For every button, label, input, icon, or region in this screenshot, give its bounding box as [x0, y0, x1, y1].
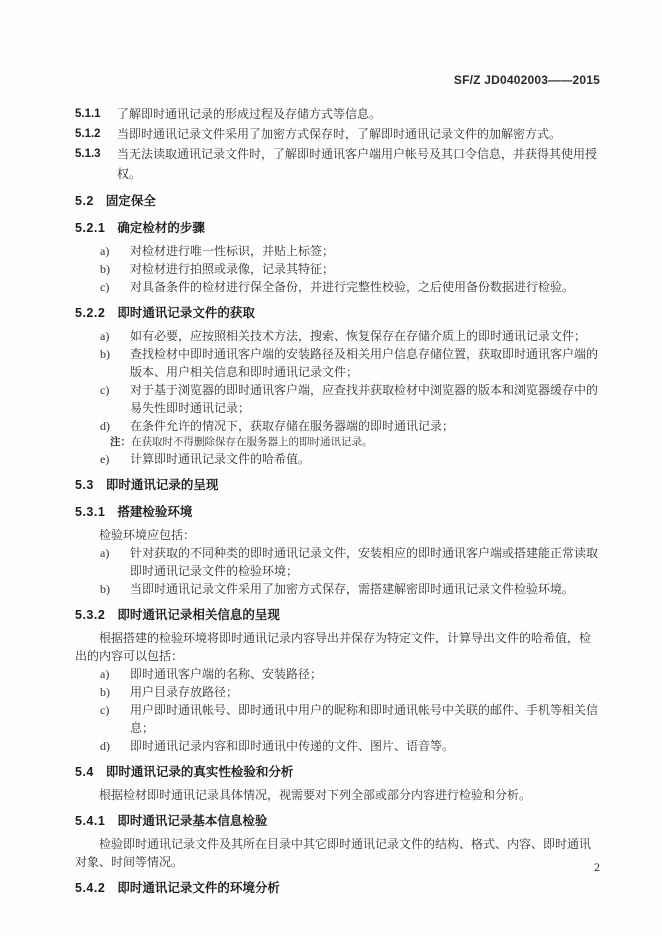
heading-number: 5.4.2: [75, 881, 105, 895]
clause-number: 5.1.2: [75, 124, 117, 144]
document-page: SF/Z JD0402003——2015 5.1.1了解即时通讯记录的形成过程及…: [0, 0, 662, 936]
note-label: 注：: [110, 436, 131, 448]
clause-text: 当即时通讯记录文件采用了加密方式保存时，了解即时通讯记录文件的加解密方式。: [117, 124, 600, 144]
list-item: a)如有必要，应按照相关技术方法，搜索、恢复保存在存储介质上的即时通讯记录文件；: [100, 327, 600, 345]
heading-number: 5.3.2: [75, 608, 105, 622]
heading-number: 5.2: [75, 194, 94, 208]
list-item-marker: a): [100, 665, 130, 683]
list-item-text: 在条件允许的情况下，获取存储在服务器端的即时通讯记录；: [130, 417, 600, 435]
heading-number: 5.2.2: [75, 306, 105, 320]
list-item: b)当即时通讯记录文件采用了加密方式保存，需搭建解密即时通讯记录文件检验环境。: [100, 580, 600, 598]
section-heading: 5.2固定保全: [75, 191, 600, 211]
list-item-marker: d): [100, 417, 130, 435]
heading-number: 5.2.1: [75, 221, 105, 235]
list-item-marker: c): [100, 278, 130, 296]
paragraph-text: 检验环境应包括：: [99, 528, 195, 542]
list-item-text: 用户即时通讯帐号、即时通讯中用户的昵称和即时通讯帐号中关联的邮件、手机等相关信息…: [130, 701, 600, 737]
document-header: SF/Z JD0402003——2015: [454, 73, 600, 87]
clause: 5.1.1了解即时通讯记录的形成过程及存储方式等信息。: [75, 104, 600, 124]
list-item-text: 计算即时通讯记录文件的哈希值。: [130, 450, 600, 468]
section-heading: 5.2.2即时通讯记录文件的获取: [75, 303, 600, 323]
heading-text: 即时通讯记录的呈现: [106, 478, 219, 492]
list-item: c)对具备条件的检材进行保全备份，并进行完整性校验，之后使用备份数据进行检验。: [100, 278, 600, 296]
section-heading: 5.4.2即时通讯记录文件的环境分析: [75, 878, 600, 898]
list-item-marker: a): [100, 544, 130, 580]
list-item-marker: a): [100, 327, 130, 345]
heading-text: 即时通讯记录相关信息的呈现: [117, 608, 280, 622]
list-item-text: 查找检材中即时通讯客户端的安装路径及相关用户信息存储位置，获取即时通讯客户端的版…: [130, 345, 600, 381]
list-item: a)即时通讯客户端的名称、安装路径；: [100, 665, 600, 683]
list-item-text: 用户目录存放路径；: [130, 683, 600, 701]
list-item-marker: a): [100, 242, 130, 260]
paragraph: 根据搭建的检验环境将即时通讯记录内容导出并保存为特定文件，计算导出文件的哈希值，…: [75, 629, 600, 665]
list-item-marker: c): [100, 381, 130, 417]
paragraph-text: 检验即时通讯记录文件及其所在目录中其它即时通讯记录文件的结构、格式、内容、即时通…: [75, 837, 591, 869]
list-item-marker: b): [100, 580, 130, 598]
section-heading: 5.3即时通讯记录的呈现: [75, 475, 600, 495]
list-item: a)针对获取的不同种类的即时通讯记录文件，安装相应的即时通讯客户端或搭建能正常读…: [100, 544, 600, 580]
list-item: b)用户目录存放路径；: [100, 683, 600, 701]
list-item-marker: b): [100, 683, 130, 701]
heading-text: 即时通讯记录文件的环境分析: [117, 881, 280, 895]
section-heading: 5.3.1搭建检验环境: [75, 502, 600, 522]
list-item-marker: b): [100, 345, 130, 381]
list-item-text: 对检材进行拍照或录像，记录其特征；: [130, 260, 600, 278]
clause-number: 5.1.3: [75, 144, 117, 184]
note: 注：在获取时不得删除保存在服务器上的即时通讯记录。: [110, 435, 600, 450]
list-item-text: 针对获取的不同种类的即时通讯记录文件，安装相应的即时通讯客户端或搭建能正常读取即…: [130, 544, 600, 580]
doc-code: SF/Z JD0402003——2015: [454, 73, 600, 87]
paragraph: 检验环境应包括：: [75, 526, 600, 544]
list-item-marker: d): [100, 737, 130, 755]
list-item: c)用户即时通讯帐号、即时通讯中用户的昵称和即时通讯帐号中关联的邮件、手机等相关…: [100, 701, 600, 737]
list-item-text: 如有必要，应按照相关技术方法，搜索、恢复保存在存储介质上的即时通讯记录文件；: [130, 327, 600, 345]
heading-number: 5.3.1: [75, 505, 105, 519]
section-heading: 5.4即时通讯记录的真实性检验和分析: [75, 762, 600, 782]
paragraph-text: 根据检材即时通讯记录具体情况，视需要对下列全部或部分内容进行检验和分析。: [99, 788, 531, 802]
heading-text: 固定保全: [106, 194, 156, 208]
clause-text: 当无法读取通讯记录文件时，了解即时通讯客户端用户帐号及其口令信息，并获得其使用授…: [117, 144, 600, 184]
list-item-text: 即时通讯记录内容和即时通讯中传递的文件、图片、语音等。: [130, 737, 600, 755]
list-item-text: 对检材进行唯一性标识，并贴上标签；: [130, 242, 600, 260]
list-item-text: 对于基于浏览器的即时通讯客户端，应查找并获取检材中浏览器的版本和浏览器缓存中的易…: [130, 381, 600, 417]
list-item: b)查找检材中即时通讯客户端的安装路径及相关用户信息存储位置，获取即时通讯客户端…: [100, 345, 600, 381]
note-text: 在获取时不得删除保存在服务器上的即时通讯记录。: [131, 437, 373, 448]
list-item: c)对于基于浏览器的即时通讯客户端，应查找并获取检材中浏览器的版本和浏览器缓存中…: [100, 381, 600, 417]
list-item-marker: b): [100, 260, 130, 278]
list-item: e)计算即时通讯记录文件的哈希值。: [100, 450, 600, 468]
list-item-text: 即时通讯客户端的名称、安装路径；: [130, 665, 600, 683]
clause: 5.1.3当无法读取通讯记录文件时，了解即时通讯客户端用户帐号及其口令信息，并获…: [75, 144, 600, 184]
list-item: d)在条件允许的情况下，获取存储在服务器端的即时通讯记录；: [100, 417, 600, 435]
document-body: 5.1.1了解即时通讯记录的形成过程及存储方式等信息。5.1.2当即时通讯记录文…: [75, 104, 600, 902]
clause-text: 了解即时通讯记录的形成过程及存储方式等信息。: [117, 104, 600, 124]
heading-number: 5.3: [75, 478, 94, 492]
list-item-text: 当即时通讯记录文件采用了加密方式保存，需搭建解密即时通讯记录文件检验环境。: [130, 580, 600, 598]
clause: 5.1.2当即时通讯记录文件采用了加密方式保存时，了解即时通讯记录文件的加解密方…: [75, 124, 600, 144]
list-item-text: 对具备条件的检材进行保全备份，并进行完整性校验，之后使用备份数据进行检验。: [130, 278, 600, 296]
heading-number: 5.4: [75, 765, 94, 779]
heading-text: 确定检材的步骤: [117, 221, 205, 235]
heading-text: 即时通讯记录文件的获取: [117, 306, 255, 320]
list-item: a)对检材进行唯一性标识，并贴上标签；: [100, 242, 600, 260]
page-number: 2: [594, 860, 600, 875]
list-item: b)对检材进行拍照或录像，记录其特征；: [100, 260, 600, 278]
paragraph: 检验即时通讯记录文件及其所在目录中其它即时通讯记录文件的结构、格式、内容、即时通…: [75, 835, 600, 871]
paragraph: 根据检材即时通讯记录具体情况，视需要对下列全部或部分内容进行检验和分析。: [75, 786, 600, 804]
list-item: d)即时通讯记录内容和即时通讯中传递的文件、图片、语音等。: [100, 737, 600, 755]
list-item-marker: c): [100, 701, 130, 737]
heading-text: 搭建检验环境: [117, 505, 192, 519]
heading-text: 即时通讯记录的真实性检验和分析: [106, 765, 294, 779]
list-item-marker: e): [100, 450, 130, 468]
heading-number: 5.4.1: [75, 814, 105, 828]
paragraph-text: 根据搭建的检验环境将即时通讯记录内容导出并保存为特定文件，计算导出文件的哈希值，…: [75, 631, 591, 663]
clause-number: 5.1.1: [75, 104, 117, 124]
section-heading: 5.4.1即时通讯记录基本信息检验: [75, 811, 600, 831]
heading-text: 即时通讯记录基本信息检验: [117, 814, 267, 828]
section-heading: 5.2.1确定检材的步骤: [75, 218, 600, 238]
section-heading: 5.3.2即时通讯记录相关信息的呈现: [75, 605, 600, 625]
